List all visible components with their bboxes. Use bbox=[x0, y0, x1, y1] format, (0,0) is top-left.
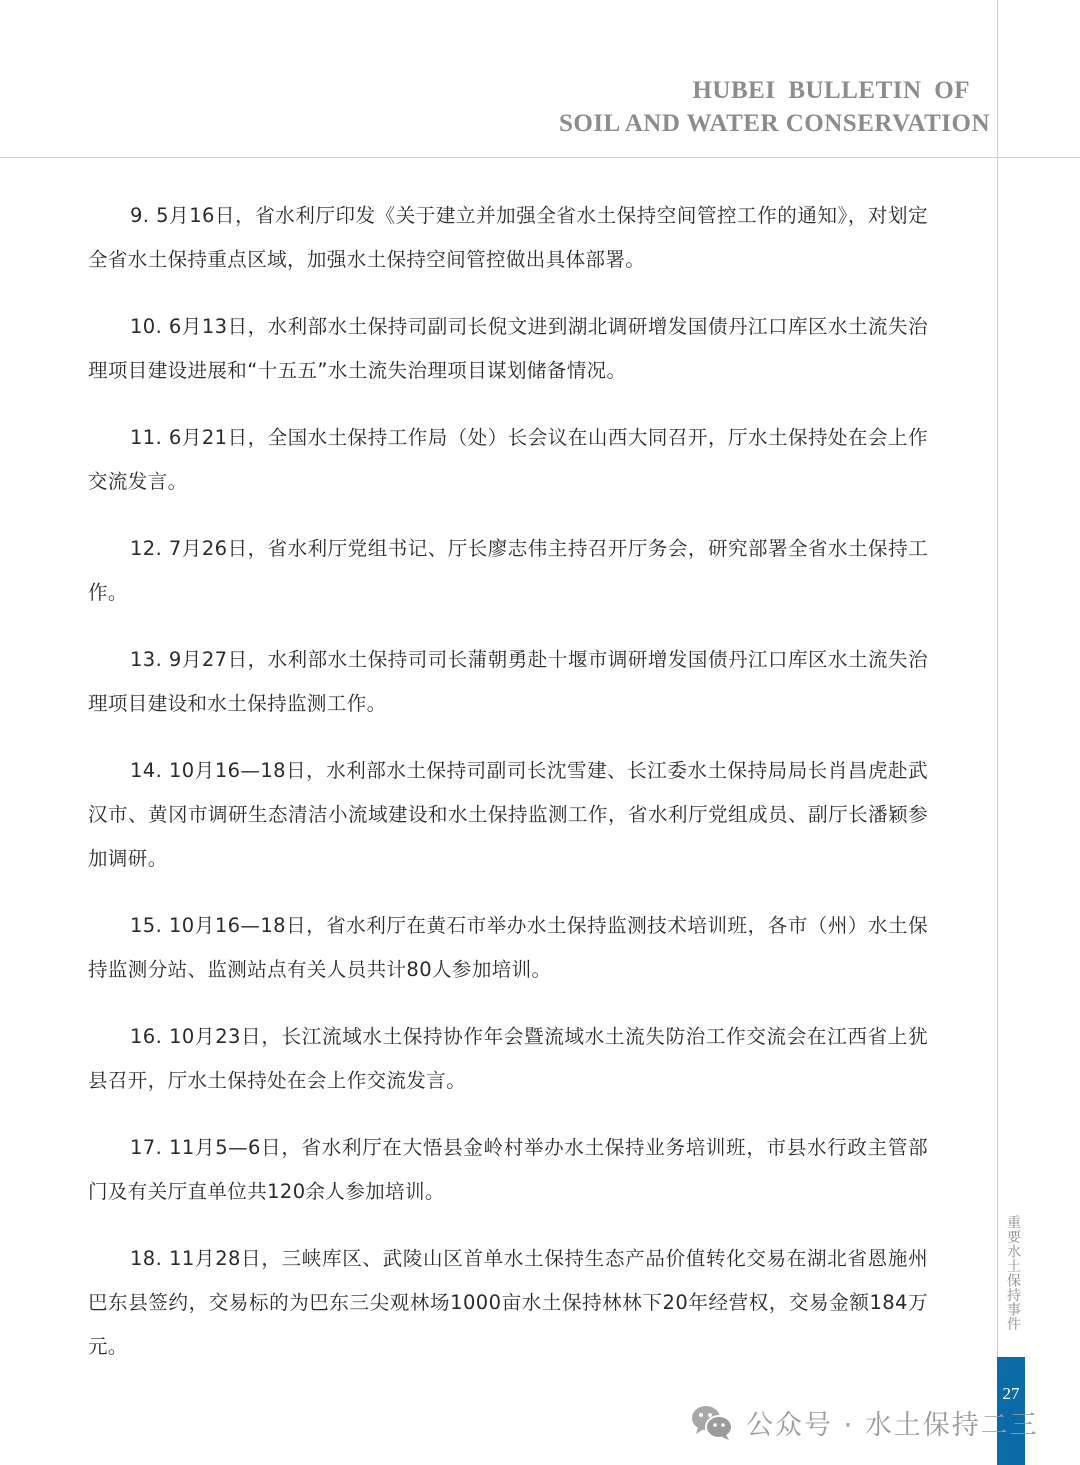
event-item-13: 13. 9月27日，水利部水土保持司司长蒲朝勇赴十堰市调研增发国债丹江口库区水土… bbox=[88, 638, 928, 726]
wechat-icon bbox=[690, 1403, 734, 1441]
margin-divider bbox=[997, 0, 998, 1465]
event-item-17: 17. 11月5—6日，省水利厅在大悟县金岭村举办水土保持业务培训班，市县水行政… bbox=[88, 1126, 928, 1214]
wechat-watermark: 公众号 · 水土保持二三 bbox=[690, 1400, 1039, 1444]
bulletin-title-line1: HUBEI BULLETIN OF bbox=[559, 74, 988, 107]
event-item-15: 15. 10月16—18日，省水利厅在黄石市举办水土保持监测技术培训班，各市（州… bbox=[88, 904, 928, 992]
event-item-18: 18. 11月28日，三峡库区、武陵山区首单水土保持生态产品价值转化交易在湖北省… bbox=[88, 1237, 928, 1369]
header-divider bbox=[0, 157, 1080, 158]
event-item-12: 12. 7月26日，省水利厅党组书记、厅长廖志伟主持召开厅务会，研究部署全省水土… bbox=[88, 527, 928, 615]
event-item-11: 11. 6月21日，全国水土保持工作局（处）长会议在山西大同召开，厅水土保持处在… bbox=[88, 416, 928, 504]
bulletin-title-line2: SOIL AND WATER CONSERVATION bbox=[559, 107, 990, 140]
event-list: 9. 5月16日，省水利厅印发《关于建立并加强全省水土保持空间管控工作的通知》，… bbox=[88, 194, 928, 1392]
event-item-14: 14. 10月16—18日，水利部水土保持司副司长沈雪建、长江委水土保持局局长肖… bbox=[88, 749, 928, 881]
event-item-10: 10. 6月13日，水利部水土保持司副司长倪文进到湖北调研增发国债丹江口库区水土… bbox=[88, 305, 928, 393]
bulletin-title: HUBEI BULLETIN OF SOIL AND WATER CONSERV… bbox=[559, 74, 988, 140]
section-label: 重要水土保持事件 bbox=[1003, 1215, 1021, 1331]
event-item-16: 16. 10月23日，长江流域水土保持协作年会暨流域水土流失防治工作交流会在江西… bbox=[88, 1015, 928, 1103]
event-item-9: 9. 5月16日，省水利厅印发《关于建立并加强全省水土保持空间管控工作的通知》，… bbox=[88, 194, 928, 282]
watermark-text: 公众号 · 水土保持二三 bbox=[746, 1403, 1039, 1442]
